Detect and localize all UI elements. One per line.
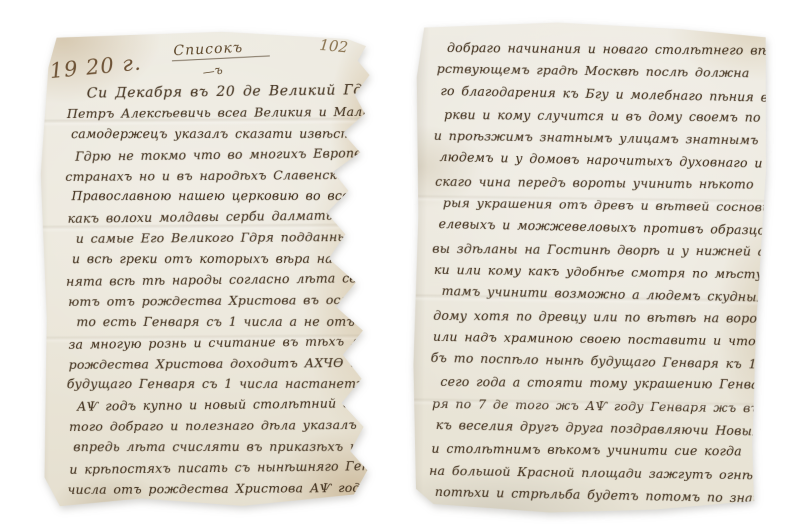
- right-page: добраго начинания и новаго столѣтнего вѣ…: [409, 18, 770, 519]
- manuscript-text-line: странахъ но и въ народѣхъ Славенскихъ ко…: [65, 164, 369, 187]
- manuscript-text-line: рождества Христова доходитъ АХЧѲ году а: [69, 352, 371, 375]
- manuscript-text-line: того добраго и полезнаго дѣла указалъ Ве…: [69, 415, 371, 438]
- left-page-text: Си Декабря въ 20 де Великий Гдрь Црь и В…: [67, 81, 372, 501]
- manuscript-text-line: впредь лѣта счисляти въ приказѣхъ и во в…: [73, 437, 371, 458]
- manuscript-text-line: самодержецъ указалъ сказати извѣстно Ему…: [71, 124, 369, 145]
- manuscript-text-line: скаго чина передъ вороты учинить нѣкото: [435, 170, 759, 195]
- manuscript-text-line: добраго начинания и новаго столѣтнего вѣ…: [447, 37, 761, 62]
- manuscript-text-line: Православною нашею церковию во всемъ сог…: [71, 186, 369, 207]
- manuscript-text-line: числа отъ рождества Христова АѰ году Аѳо…: [67, 478, 371, 501]
- manuscript-text-line: и столѣтнимъ вѣкомъ учинити сие когда: [431, 438, 755, 463]
- left-page-paper: 19 20 г. Списокъ —ъ 102 Си Декабря въ 20…: [36, 27, 377, 511]
- manuscript-text-line: Си Декабря въ 20 де Великий Гдрь Црь и В…: [87, 80, 369, 104]
- folio-number: 102: [319, 36, 349, 57]
- page-header: Списокъ: [171, 38, 270, 61]
- manuscript-text-line: дому хотя по древцу или по вѣтвѣ на воро…: [433, 304, 757, 329]
- archive-mark: 19 20 г.: [49, 50, 143, 83]
- manuscript-text-line: и самые Его Великого Гдря подданные черк…: [76, 227, 370, 250]
- manuscript-text-line: и всѣ греки отъ которыхъ вѣра наша право…: [72, 249, 370, 270]
- manuscript-text-line: вы здѣланы на Гостинѣ дворѣ и у нижней а…: [432, 237, 758, 262]
- manuscript-text-line: ркви и кому случится и въ дому своемъ по…: [444, 104, 760, 129]
- manuscript-text-line: и крѣпостяхъ писать съ нынѣшняго Генваря…: [69, 456, 371, 481]
- manuscript-text-line: нята всѣ тѣ народы согласно лѣта своя ис…: [66, 268, 370, 293]
- manuscript-text-line: Петръ Алексѣевичь всеа Великия и Малыя и…: [67, 102, 369, 125]
- manuscript-text-line: то есть Генваря съ 1 числа а не отъ созд…: [76, 312, 370, 333]
- manuscript-text-line: ютъ отъ рождества Христова въ осмый день…: [68, 290, 370, 313]
- right-page-paper: добраго начинания и новаго столѣтнего вѣ…: [409, 18, 770, 519]
- manuscript-text-line: АѰ годъ купно и новый столѣтний вѣкъ и д…: [77, 393, 371, 417]
- right-page-text: добраго начинания и новаго столѣтнего вѣ…: [431, 36, 762, 509]
- manuscript-text-line: за многую рознь и считание въ тѣхъ лѣтах…: [68, 331, 370, 356]
- manuscript-text-line: сего года а стояти тому украшению Генва: [440, 371, 756, 396]
- flourish-icon: —ъ: [201, 63, 223, 80]
- left-page: 19 20 г. Списокъ —ъ 102 Си Декабря въ 20…: [36, 27, 377, 511]
- manuscript-text-line: Гдрю не токмо что во многихъ Европейских…: [75, 143, 369, 167]
- manuscript-text-line: какъ волохи молдавы серби далматы и болг…: [68, 205, 370, 230]
- manuscript-text-line: будущаго Генваря съ 1 числа настанетъ но…: [67, 374, 371, 395]
- manuscript-photo: 19 20 г. Списокъ —ъ 102 Си Декабря въ 20…: [0, 0, 800, 532]
